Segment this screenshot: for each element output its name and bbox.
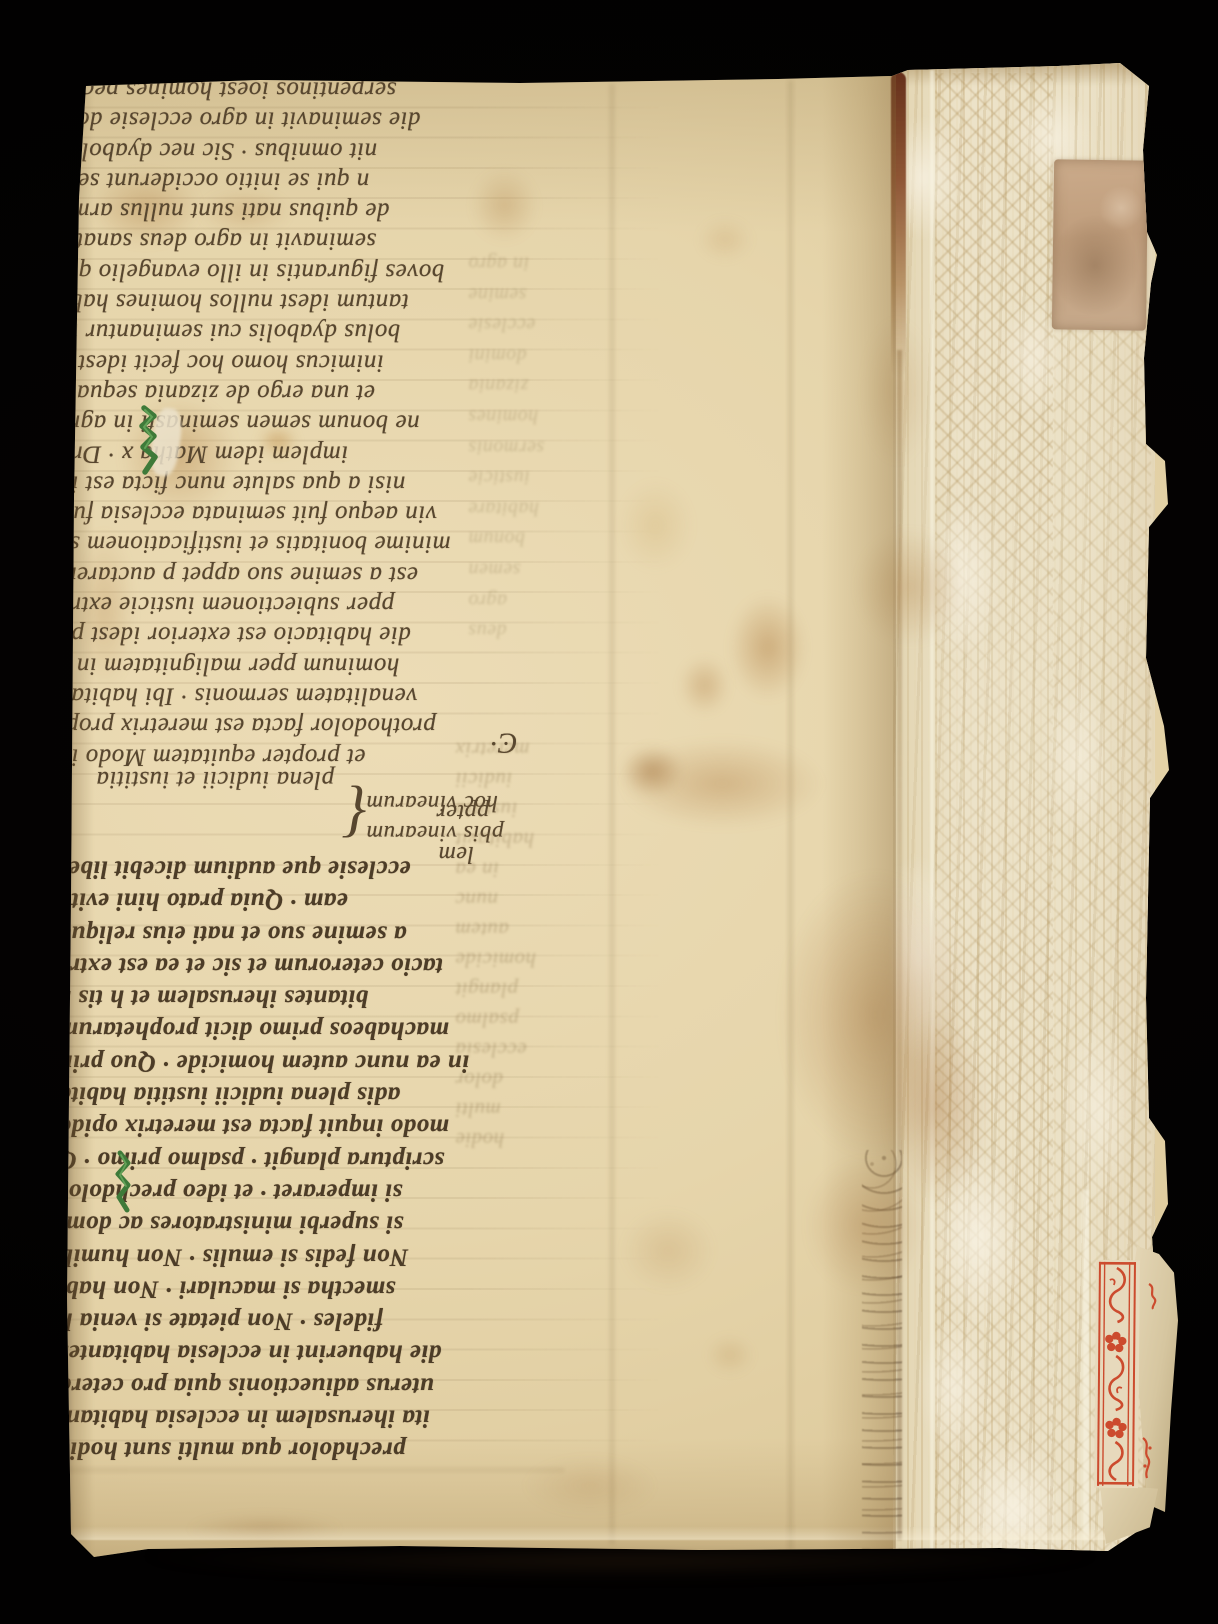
red-print-fragment (1139, 1436, 1155, 1480)
red-ornament-bookmark (1094, 1260, 1140, 1488)
manuscript-scan: serpentinos ioest homines peccadie semin… (0, 0, 1218, 1624)
page-cast-shadow (130, 1554, 1110, 1578)
edge-vignette (0, 0, 1218, 1624)
folded-paper-corner-lower (1100, 1484, 1158, 1544)
parchment-page: serpentinos ioest homines peccadie semin… (0, 0, 1218, 1624)
red-print-fragment (1146, 1282, 1160, 1310)
